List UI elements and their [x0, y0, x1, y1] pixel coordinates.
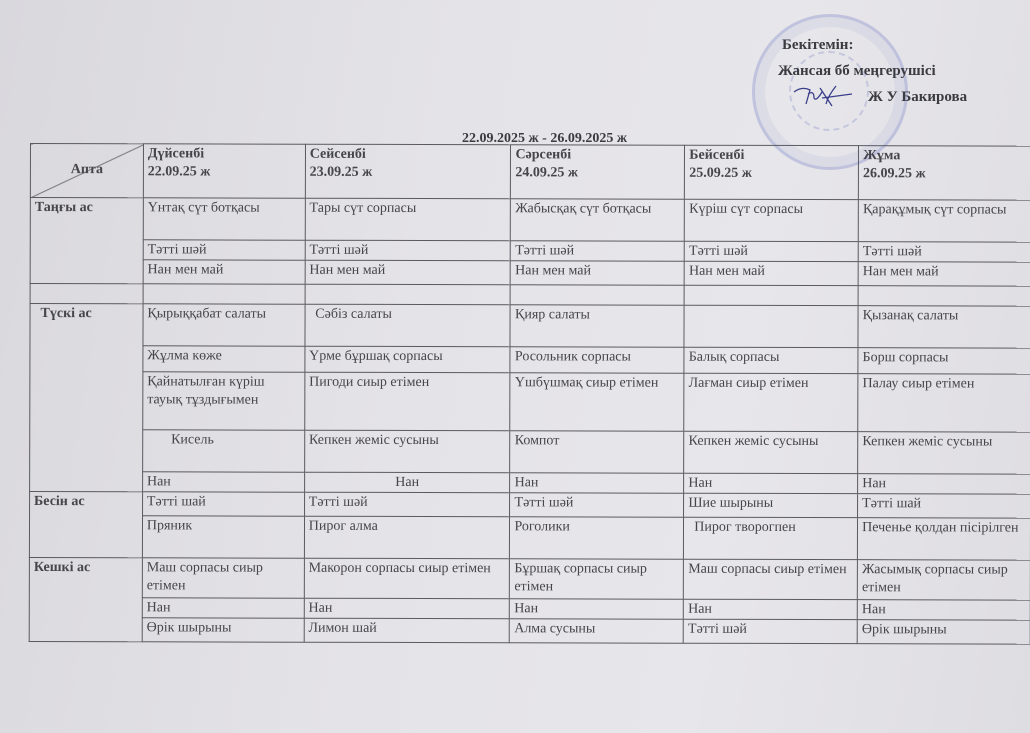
menu-cell: Балық сорпасы	[684, 347, 858, 373]
table-row: Кешкі ас Маш сорпасы сиыр етімен Макорон…	[29, 557, 1030, 600]
meal-label-dinner: Кешкі ас	[29, 557, 142, 641]
menu-cell: Нан	[510, 599, 684, 619]
menu-cell: Нан	[510, 473, 684, 493]
table-row: Пряник Пирог алма Роголики Пирог творогп…	[29, 516, 1030, 561]
table-row: Өрік шырыны Лимон шай Алма сусыны Тәтті …	[29, 617, 1030, 644]
menu-cell: Пирог творогпен	[684, 517, 858, 559]
day-header: Дүйсенбі22.09.25 ж	[143, 144, 305, 198]
day-header: Жұма26.09.25 ж	[858, 146, 1030, 200]
menu-cell: Үнтақ сүт ботқасы	[143, 198, 305, 240]
meal-label-snack: Бесін ас	[29, 492, 142, 558]
menu-cell: Нан	[142, 472, 304, 492]
menu-cell: Нан	[684, 599, 858, 619]
menu-cell: Тары сүт сорпасы	[305, 198, 511, 241]
menu-cell: Қарақұмық сүт сорпасы	[858, 200, 1030, 242]
menu-cell: Тәтті шәй	[684, 619, 858, 643]
menu-cell: Қияр салаты	[510, 305, 684, 347]
menu-cell: Шие шырыны	[684, 493, 858, 517]
approval-position: Жансая бб меңгерушісі	[760, 58, 967, 84]
approval-name: Ж У Бакирова	[760, 84, 967, 110]
menu-cell: Алма сусыны	[510, 619, 684, 643]
approval-title: Бекітемін:	[760, 32, 967, 58]
menu-cell: Өрік шырыны	[857, 620, 1030, 644]
day-header: Бейсенбі25.09.25 ж	[685, 145, 859, 199]
day-header: Сәрсенбі24.09.25 ж	[511, 145, 685, 199]
table-row: Қайнатылған күріш тауық тұздығымен Пигод…	[30, 372, 1030, 433]
menu-cell: Нан мен май	[684, 261, 858, 285]
menu-cell: Макорон сорпасы сиыр етімен	[304, 558, 510, 599]
menu-cell: Қайнатылған күріш тауық тұздығымен	[143, 372, 305, 430]
menu-cell: Кепкен жеміс сусыны	[858, 432, 1030, 474]
menu-cell: Тәтті шәй	[510, 493, 684, 517]
menu-cell: Маш сорпасы сиыр етімен	[142, 558, 304, 598]
menu-cell: Тәтті шәй	[304, 492, 510, 517]
table-row: Нан Нан Нан Нан Нан	[29, 597, 1030, 620]
table-row: Түскі ас Қырыққабат салаты Сәбіз салаты …	[30, 304, 1030, 349]
menu-cell: Тәтті шай	[142, 492, 304, 516]
corner-cell: Апта	[30, 144, 143, 198]
menu-cell: Тәтті шәй	[685, 241, 859, 261]
menu-cell: Сәбіз салаты	[305, 304, 511, 347]
table-row: Тәтті шәй Тәтті шәй Тәтті шәй Тәтті шәй …	[30, 240, 1030, 263]
menu-cell: Нан мен май	[511, 261, 685, 285]
menu-cell: Кепкен жеміс сусыны	[304, 430, 510, 473]
menu-cell: Кепкен жеміс сусыны	[684, 431, 858, 473]
menu-cell: Пряник	[142, 516, 304, 558]
menu-cell: Тәтті шәй	[305, 240, 511, 261]
approval-block: Бекітемін: Жансая бб меңгерушісі Ж У Бак…	[760, 32, 967, 110]
menu-cell: Нан	[304, 472, 510, 493]
table-row: Жұлма көже Үрме бұршақ сорпасы Росольник…	[30, 346, 1030, 375]
menu-cell	[684, 305, 858, 347]
menu-cell: Компот	[510, 431, 684, 473]
spacer-row	[30, 284, 1030, 307]
menu-cell: Нан	[684, 473, 858, 493]
table-row: Кисель Кепкен жеміс сусыны Компот Кепкен…	[30, 430, 1030, 475]
menu-cell: Борш сорпасы	[858, 348, 1030, 374]
menu-cell: Нан	[304, 598, 510, 619]
menu-cell: Лағман сиыр етімен	[684, 373, 858, 431]
menu-cell: Үшбүшмақ сиыр етімен	[510, 373, 684, 431]
menu-cell: Тәтті шәй	[511, 241, 685, 261]
menu-cell: Нан мен май	[858, 262, 1030, 286]
menu-cell: Нан	[858, 474, 1030, 494]
day-header: Сейсенбі23.09.25 ж	[305, 144, 511, 199]
menu-cell: Маш сорпасы сиыр етімен	[684, 559, 858, 599]
menu-cell: Нан мен май	[143, 260, 305, 284]
table-row: Нан Нан Нан Нан Нан	[30, 472, 1030, 495]
menu-cell: Жабысқақ сүт ботқасы	[511, 199, 685, 241]
menu-cell: Тәтті шәй	[858, 242, 1030, 262]
table-row: Нан мен май Нан мен май Нан мен май Нан …	[30, 260, 1030, 287]
menu-cell: Нан мен май	[305, 260, 511, 285]
menu-cell: Нан	[142, 598, 304, 618]
menu-cell: Тәтті шәй	[143, 240, 305, 260]
week-label: Апта	[31, 161, 143, 179]
menu-cell: Кисель	[143, 430, 305, 472]
menu-cell: Печенье қолдан пісірілген	[858, 518, 1030, 560]
menu-cell: Нан	[857, 600, 1030, 620]
menu-cell: Пирог алма	[304, 516, 510, 559]
table-row: Бесін ас Тәтті шай Тәтті шәй Тәтті шәй Ш…	[30, 492, 1030, 519]
menu-cell: Тәтті шай	[858, 494, 1030, 518]
menu-cell: Лимон шай	[304, 618, 510, 643]
menu-cell: Жасымық сорпасы сиыр етімен	[857, 560, 1030, 600]
meal-label-breakfast: Таңғы ас	[30, 198, 143, 284]
weekly-menu-table: Апта Дүйсенбі22.09.25 ж Сейсенбі23.09.25…	[29, 143, 1030, 645]
table-header-row: Апта Дүйсенбі22.09.25 ж Сейсенбі23.09.25…	[30, 144, 1030, 201]
menu-cell: Қызанақ салаты	[858, 306, 1030, 348]
meal-label-lunch: Түскі ас	[30, 304, 143, 492]
menu-cell: Қырыққабат салаты	[143, 304, 305, 346]
menu-cell: Пигоди сиыр етімен	[304, 372, 510, 431]
menu-cell: Росольник сорпасы	[510, 347, 684, 373]
table-row: Таңғы ас Үнтақ сүт ботқасы Тары сүт сорп…	[30, 198, 1030, 243]
menu-cell: Күріш сүт сорпасы	[685, 199, 859, 241]
menu-cell: Палау сиыр етімен	[858, 374, 1030, 432]
menu-cell: Жұлма көже	[143, 346, 305, 372]
menu-cell: Роголики	[510, 517, 684, 559]
menu-cell: Үрме бұршақ сорпасы	[305, 346, 511, 373]
menu-cell: Өрік шырыны	[142, 618, 304, 642]
menu-cell: Бұршақ сорпасы сиыр етімен	[510, 559, 684, 599]
